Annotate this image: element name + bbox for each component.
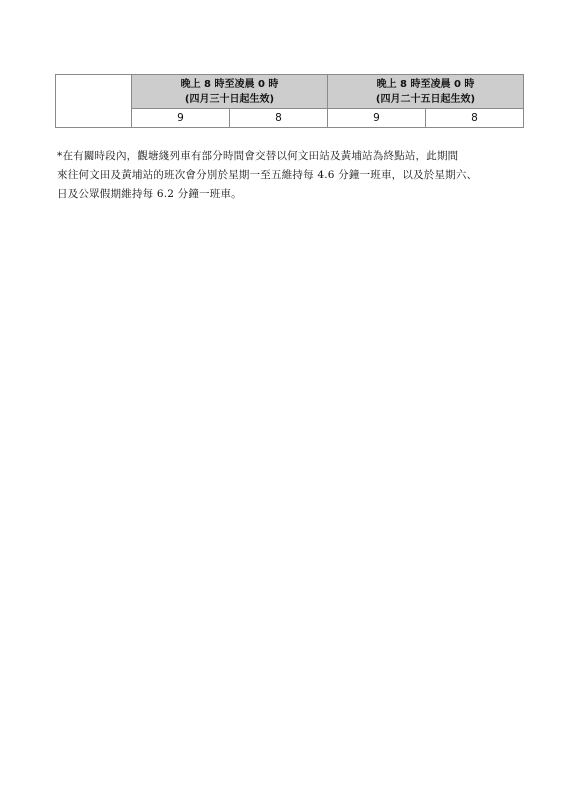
footnote-line-2: 來往何文田及黃埔站的班次會分別於星期一至五維持每 4.6 分鐘一班車，以及於星期… [57,166,517,185]
footnote: *在有關時段內，觀塘綫列車有部分時間會交替以何文田站及黃埔站為終點站，此期間 來… [57,147,517,204]
table-corner-cell [56,75,132,128]
value-cell: 9 [132,109,230,128]
frequency-table: 晚上 8 時至凌晨 0 時 (四月三十日起生效) 晚上 8 時至凌晨 0 時 (… [55,74,524,128]
footnote-line-1: *在有關時段內，觀塘綫列車有部分時間會交替以何文田站及黃埔站為終點站，此期間 [57,147,517,166]
value-cell: 8 [426,109,524,128]
header-group-1-effective: (四月三十日起生效) [132,92,327,107]
value-cell: 8 [230,109,328,128]
header-group-1: 晚上 8 時至凌晨 0 時 (四月三十日起生效) [132,75,328,109]
value-cell: 9 [328,109,426,128]
header-group-2-effective: (四月二十五日起生效) [328,92,523,107]
header-group-2: 晚上 8 時至凌晨 0 時 (四月二十五日起生效) [328,75,524,109]
footnote-line-3: 日及公眾假期維持每 6.2 分鐘一班車。 [57,185,517,204]
header-group-1-time: 晚上 8 時至凌晨 0 時 [132,77,327,92]
header-group-2-time: 晚上 8 時至凌晨 0 時 [328,77,523,92]
